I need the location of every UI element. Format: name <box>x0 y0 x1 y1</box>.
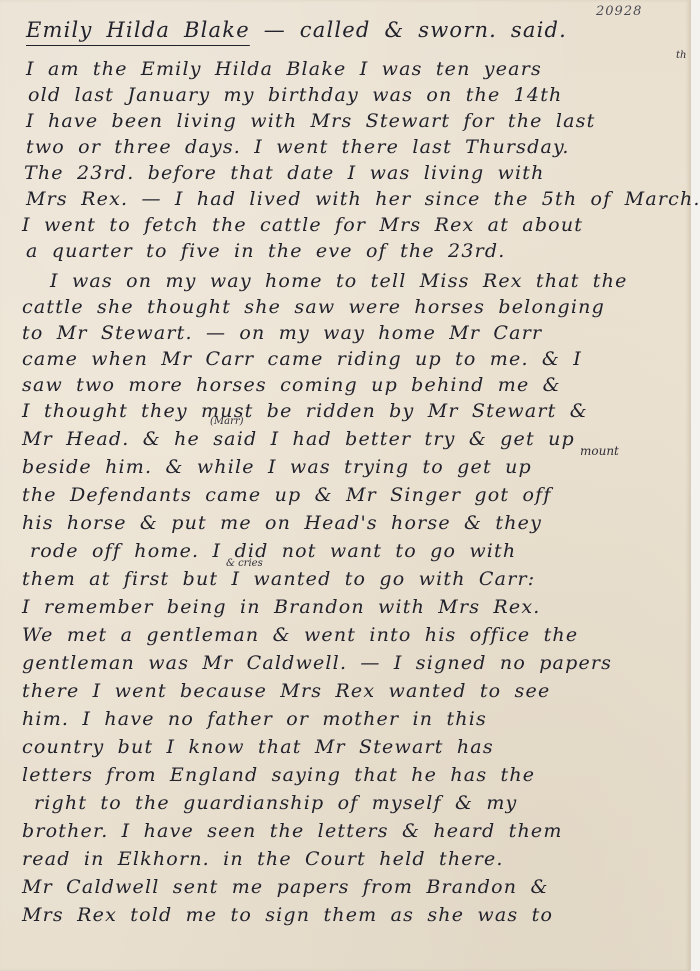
reference-number: 20928 <box>596 4 642 19</box>
text-line: beside him. & while I was trying to get … <box>22 456 532 478</box>
text-line: The 23rd. before that date I was living … <box>24 162 545 184</box>
text-line: gentleman was Mr Caldwell. — I signed no… <box>22 652 612 674</box>
text-line: I remember being in Brandon with Mrs Rex… <box>22 596 541 618</box>
text-line: to Mr Stewart. — on my way home Mr Carr <box>22 322 542 344</box>
text-line: I went to fetch the cattle for Mrs Rex a… <box>22 214 583 236</box>
text-line: there I went because Mrs Rex wanted to s… <box>22 680 550 702</box>
text-line: We met a gentleman & went into his offic… <box>22 624 578 646</box>
text-line: I was on my way home to tell Miss Rex th… <box>50 270 628 292</box>
text-line: I am the Emily Hilda Blake I was ten yea… <box>26 58 542 80</box>
text-line: a quarter to five in the eve of the 23rd… <box>26 240 506 262</box>
text-line: Mrs Rex told me to sign them as she was … <box>22 904 553 926</box>
insertion-mount: mount <box>580 444 619 458</box>
text-line: read in Elkhorn. in the Court held there… <box>22 848 504 870</box>
text-line: right to the guardianship of myself & my <box>34 792 518 814</box>
superscript-insertion: th <box>676 50 686 61</box>
text-line: old last January my birthday was on the … <box>28 84 563 106</box>
text-line: two or three days. I went there last Thu… <box>26 136 570 158</box>
text-line: cattle she thought she saw were horses b… <box>22 296 605 318</box>
handwritten-document-page: 20928 Emily Hilda Blake — called & sworn… <box>0 0 691 971</box>
witness-name: Emily Hilda Blake <box>26 18 250 42</box>
text-line: came when Mr Carr came riding up to me. … <box>22 348 582 370</box>
text-line: Mr Head. & he said I had better try & ge… <box>22 428 575 450</box>
text-line: brother. I have seen the letters & heard… <box>22 820 563 842</box>
text-line: I thought they must be ridden by Mr Stew… <box>22 400 588 422</box>
text-line: letters from England saying that he has … <box>22 764 535 786</box>
text-line: the Defendants came up & Mr Singer got o… <box>22 484 552 506</box>
text-line: Mr Caldwell sent me papers from Brandon … <box>22 876 549 898</box>
insertion-marr: (Marr) <box>210 416 244 427</box>
text-line: Mrs Rex. — I had lived with her since th… <box>26 188 700 210</box>
title-suffix: — called & sworn. said. <box>264 18 567 42</box>
text-line: saw two more horses coming up behind me … <box>22 374 561 396</box>
text-line: I have been living with Mrs Stewart for … <box>26 110 595 132</box>
text-line: them at first but I wanted to go with Ca… <box>22 568 535 590</box>
text-line: him. I have no father or mother in this <box>22 708 487 730</box>
text-line: rode off home. I did not want to go with <box>30 540 516 562</box>
text-line: his horse & put me on Head's horse & the… <box>22 512 542 534</box>
document-title-line: Emily Hilda Blake — called & sworn. said… <box>26 18 567 42</box>
text-line: country but I know that Mr Stewart has <box>22 736 494 758</box>
